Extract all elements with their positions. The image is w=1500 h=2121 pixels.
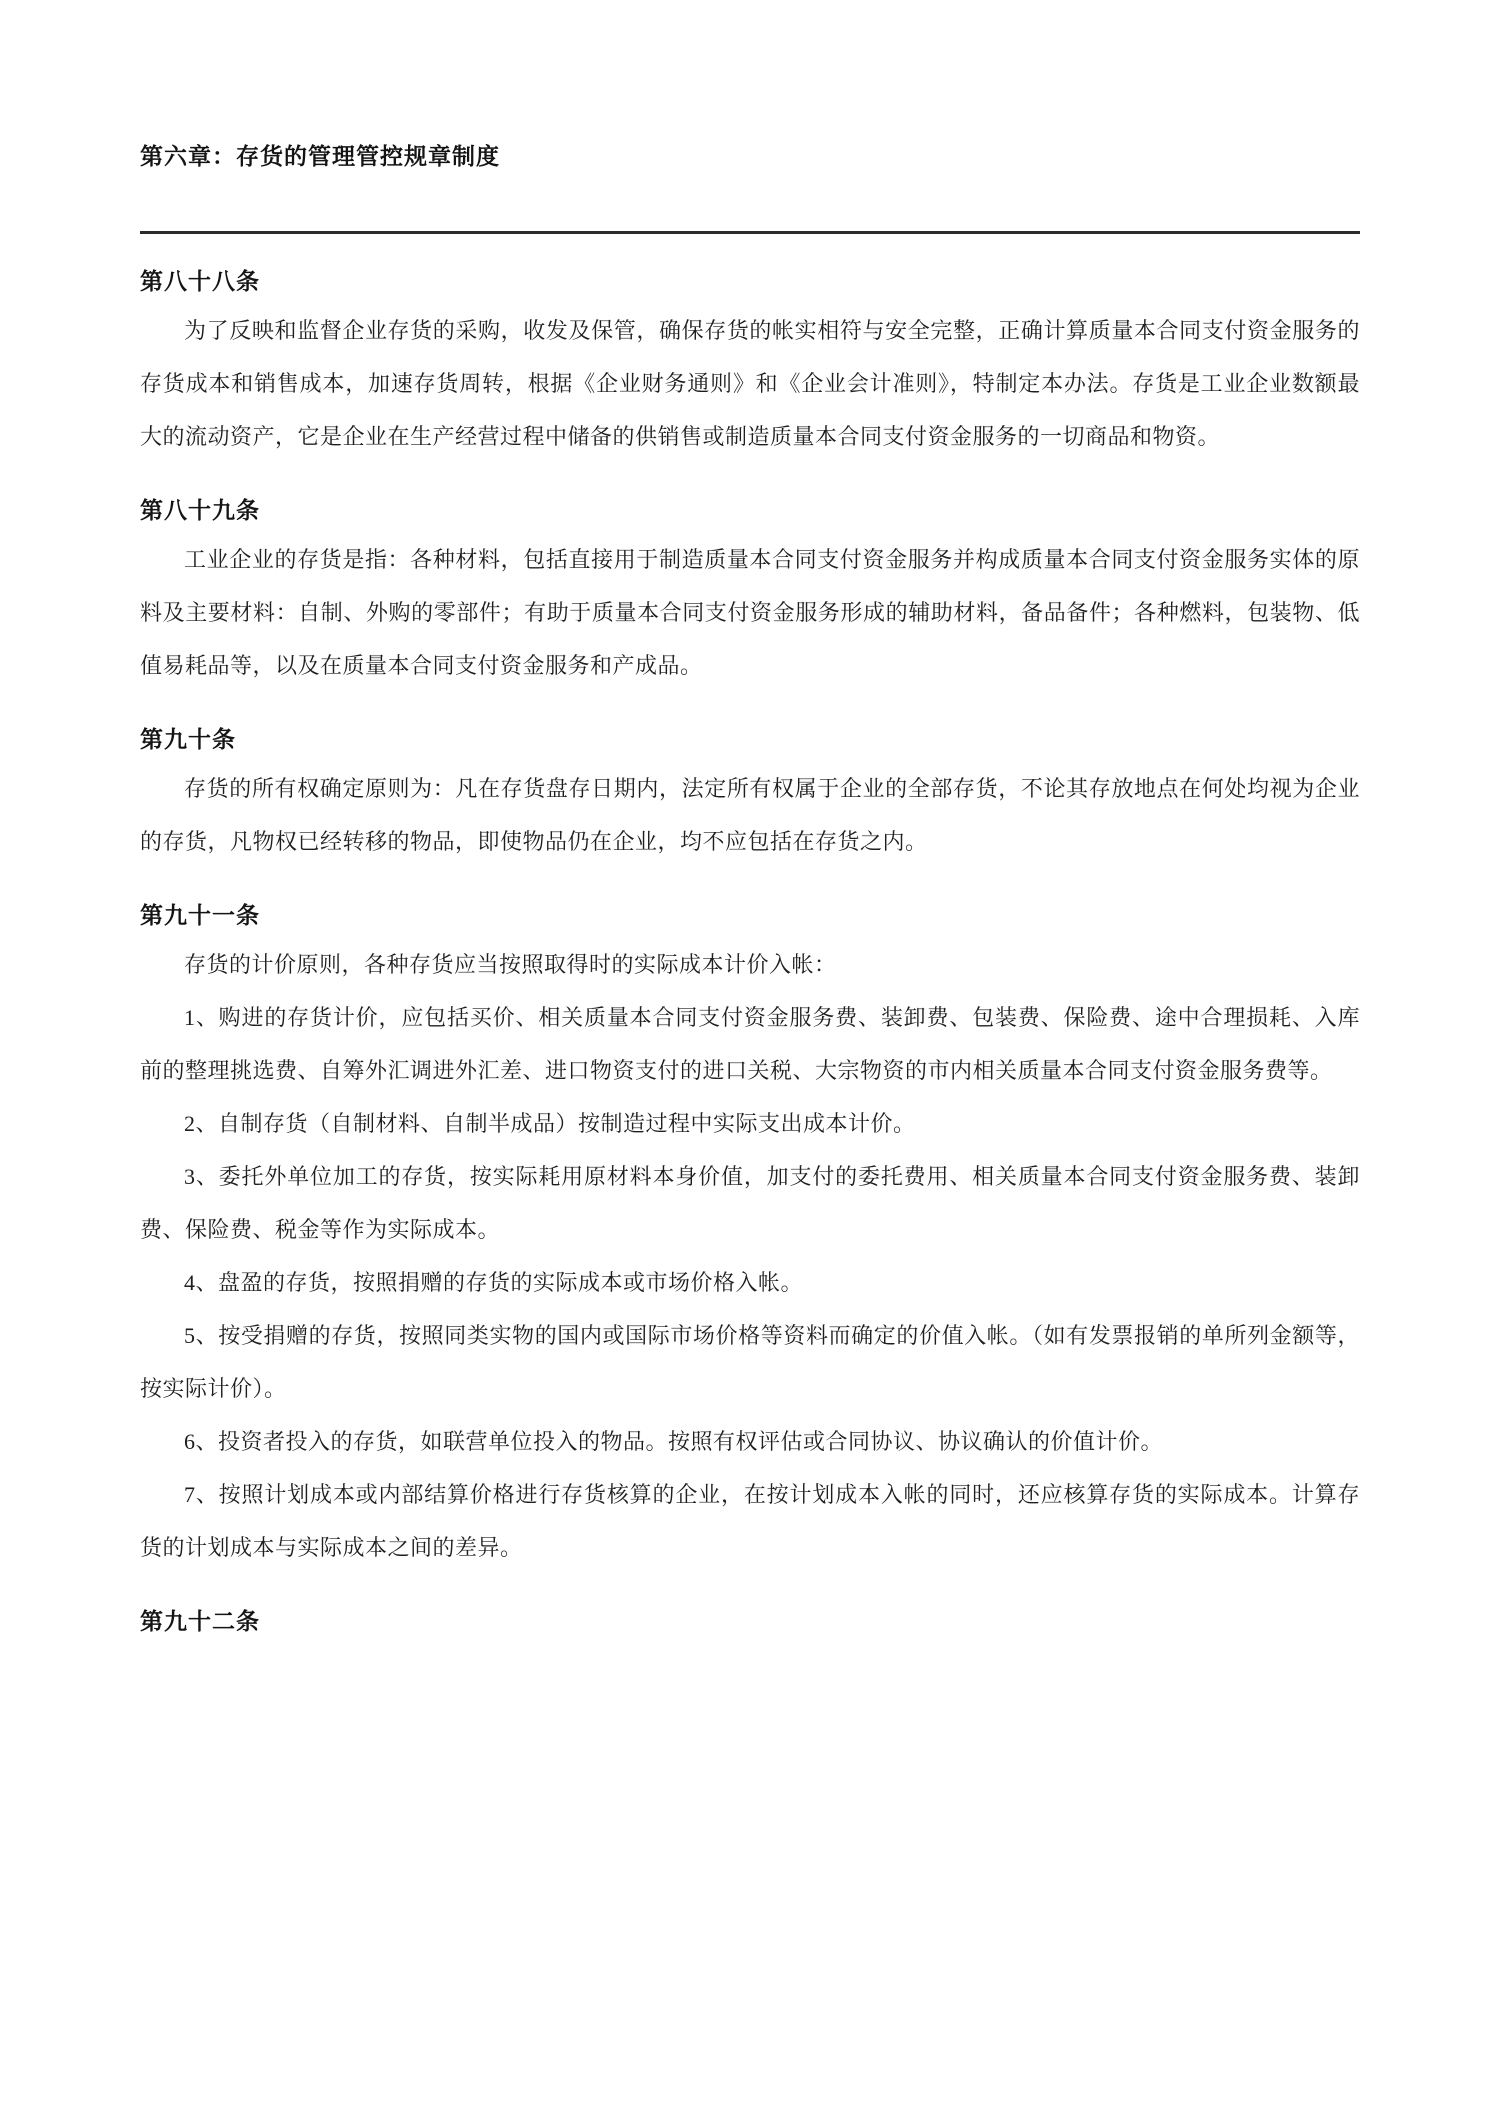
article-paragraph: 存货的计价原则，各种存货应当按照取得时的实际成本计价入帐： xyxy=(140,938,1360,991)
article-paragraph: 1、购进的存货计价，应包括买价、相关质量本合同支付资金服务费、装卸费、包装费、保… xyxy=(140,991,1360,1097)
article-section-88: 第八十八条 为了反映和监督企业存货的采购，收发及保管，确保存货的帐实相符与安全完… xyxy=(140,266,1360,463)
article-paragraph: 7、按照计划成本或内部结算价格进行存货核算的企业，在按计划成本入帐的同时，还应核… xyxy=(140,1468,1360,1574)
article-section-91: 第九十一条 存货的计价原则，各种存货应当按照取得时的实际成本计价入帐： 1、购进… xyxy=(140,900,1360,1574)
article-paragraph: 4、盘盈的存货，按照捐赠的存货的实际成本或市场价格入帐。 xyxy=(140,1256,1360,1309)
article-section-92: 第九十二条 xyxy=(140,1606,1360,1636)
article-paragraph: 6、投资者投入的存货，如联营单位投入的物品。按照有权评估或合同协议、协议确认的价… xyxy=(140,1415,1360,1468)
article-paragraph: 存货的所有权确定原则为：凡在存货盘存日期内，法定所有权属于企业的全部存货，不论其… xyxy=(140,762,1360,868)
document-page: 第六章：存货的管理管控规章制度 第八十八条 为了反映和监督企业存货的采购，收发及… xyxy=(0,0,1500,2121)
article-paragraph: 5、按受捐赠的存货，按照同类实物的国内或国际市场价格等资料而确定的价值入帐。（如… xyxy=(140,1309,1360,1415)
article-paragraph: 2、自制存货（自制材料、自制半成品）按制造过程中实际支出成本计价。 xyxy=(140,1097,1360,1150)
article-heading: 第八十八条 xyxy=(140,266,1360,296)
article-heading: 第九十二条 xyxy=(140,1606,1360,1636)
article-heading: 第九十条 xyxy=(140,724,1360,754)
article-section-89: 第八十九条 工业企业的存货是指：各种材料，包括直接用于制造质量本合同支付资金服务… xyxy=(140,495,1360,692)
article-heading: 第八十九条 xyxy=(140,495,1360,525)
article-section-90: 第九十条 存货的所有权确定原则为：凡在存货盘存日期内，法定所有权属于企业的全部存… xyxy=(140,724,1360,868)
chapter-title: 第六章：存货的管理管控规章制度 xyxy=(140,141,1360,171)
article-heading: 第九十一条 xyxy=(140,900,1360,930)
article-paragraph: 为了反映和监督企业存货的采购，收发及保管，确保存货的帐实相符与安全完整，正确计算… xyxy=(140,304,1360,463)
title-divider xyxy=(140,231,1360,234)
article-paragraph: 3、委托外单位加工的存货，按实际耗用原材料本身价值，加支付的委托费用、相关质量本… xyxy=(140,1150,1360,1256)
article-paragraph: 工业企业的存货是指：各种材料，包括直接用于制造质量本合同支付资金服务并构成质量本… xyxy=(140,533,1360,692)
